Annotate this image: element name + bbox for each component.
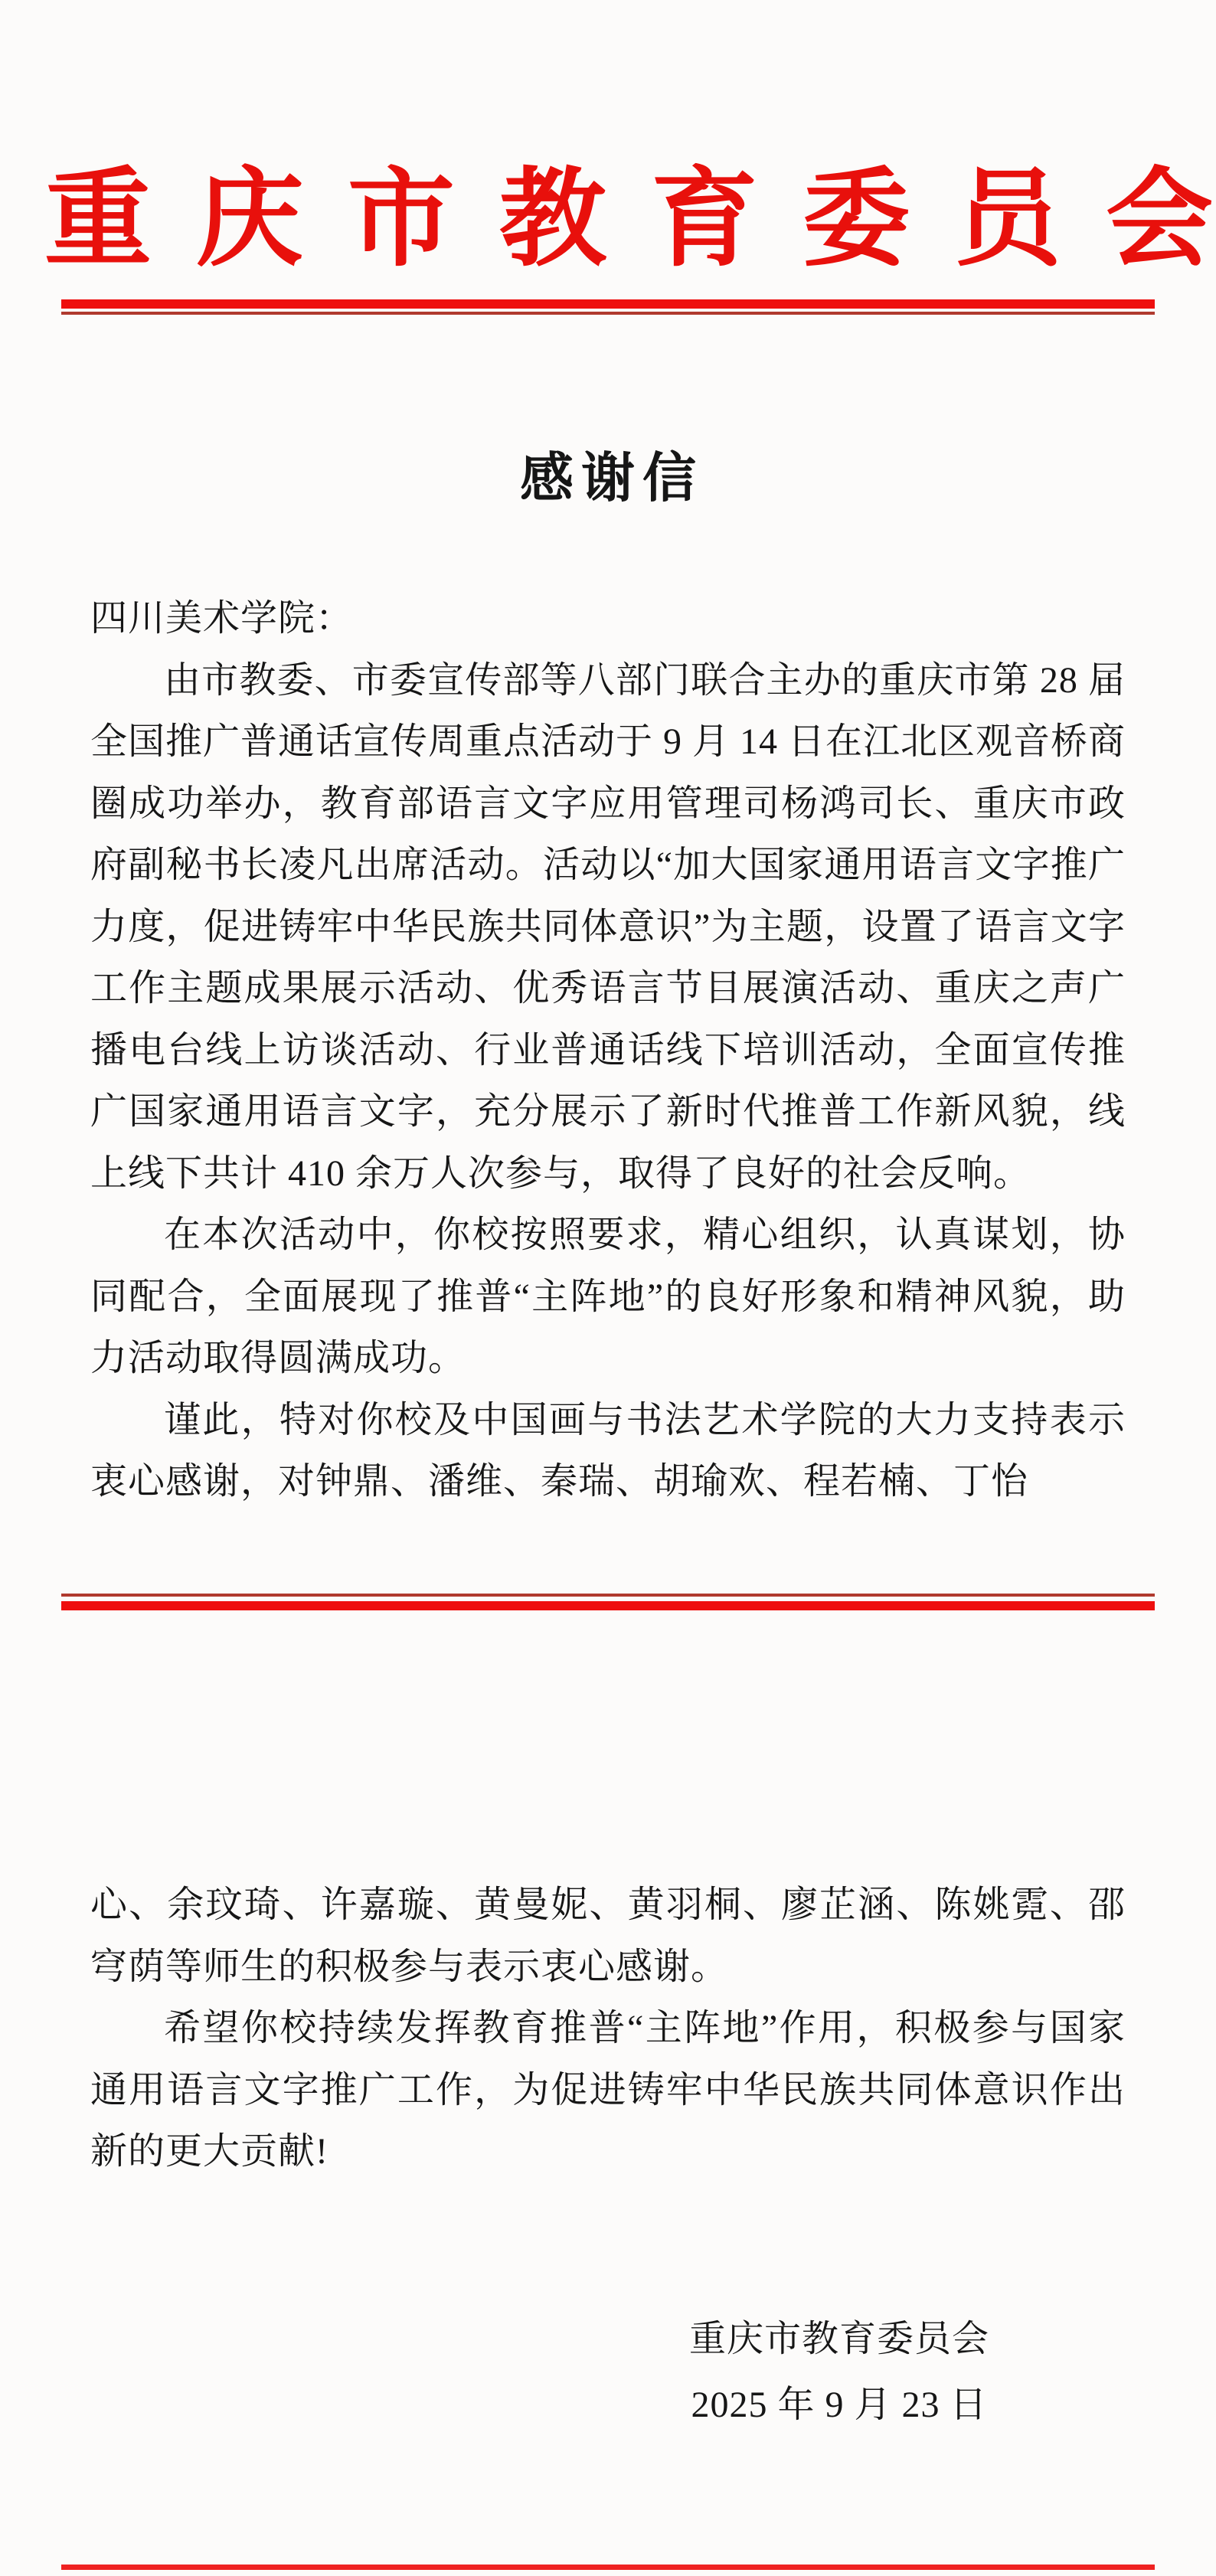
- org-letterhead-title: 重庆市教育委员会: [0, 159, 1216, 282]
- signature-date: 2025 年 9 月 23 日: [686, 2372, 992, 2438]
- page-divider-rule-thin: [61, 1594, 1155, 1597]
- letter-page: 重庆市教育委员会 感谢信 四川美术学院： 由市教委、市委宣传部等八部门联合主办的…: [0, 0, 1216, 2576]
- paragraph-closing-hope: 希望你校持续发挥教育推普“主阵地”作用，积极参与国家通用语言文字推广工作，为促进…: [90, 1998, 1126, 2183]
- letter-body-page2: 心、余玟琦、许嘉璇、黄曼妮、黄羽桐、廖芷涵、陈姚霓、邵穹荫等师生的积极参与表示衷…: [90, 1875, 1126, 2183]
- paragraph-thanks-names-start: 谨此，特对你校及中国画与书法艺术学院的大力支持表示衷心感谢，对钟鼎、潘维、秦瑞、…: [90, 1390, 1126, 1513]
- letter-title: 感谢信: [0, 449, 1216, 510]
- letterhead-rule-thick: [61, 299, 1155, 309]
- paragraph-school-praise: 在本次活动中，你校按照要求，精心组织，认真谋划，协同配合，全面展现了推普“主阵地…: [90, 1205, 1126, 1390]
- signature-org: 重庆市教育委员会: [686, 2306, 992, 2372]
- signature-block: 重庆市教育委员会 2025 年 9 月 23 日: [686, 2306, 992, 2438]
- page-divider-rule-thick: [61, 1601, 1155, 1610]
- paragraph-activity-summary: 由市教委、市委宣传部等八部门联合主办的重庆市第 28 届全国推广普通话宣传周重点…: [90, 650, 1126, 1205]
- paragraph-thanks-names-end: 心、余玟琦、许嘉璇、黄曼妮、黄羽桐、廖芷涵、陈姚霓、邵穹荫等师生的积极参与表示衷…: [90, 1875, 1126, 1998]
- letter-body-page1: 四川美术学院： 由市教委、市委宣传部等八部门联合主办的重庆市第 28 届全国推广…: [90, 588, 1126, 1513]
- footer-rule: [61, 2565, 1155, 2570]
- salutation: 四川美术学院：: [90, 588, 1126, 650]
- letterhead-rule-thin: [61, 312, 1155, 315]
